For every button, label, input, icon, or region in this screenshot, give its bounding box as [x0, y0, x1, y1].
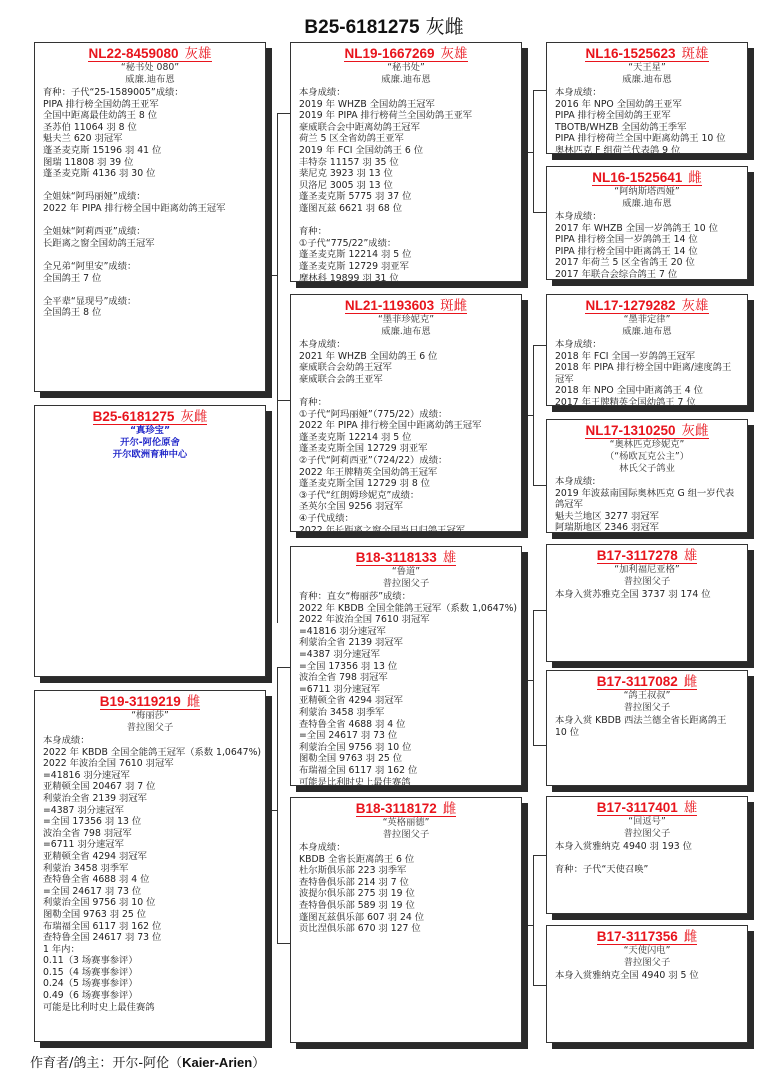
achievement-line: 查特鲁全国 24617 羽 73 位	[43, 932, 257, 944]
achievement-line: 杜尔斯俱乐部 223 羽季军	[299, 865, 513, 877]
achievement-line: 2022 年 KBDB 全国全能鸽王冠军（系数 1,0647%)	[299, 603, 513, 615]
ring-number: NL16-1525623	[585, 46, 675, 61]
sex-label: 雌	[443, 801, 457, 816]
connector	[277, 667, 290, 668]
breeder: 威廉.迪布恩	[555, 74, 739, 86]
achievement-line: 棻尼克 3923 羽 13 位	[299, 168, 513, 180]
achievement-line: 荷兰 5 区全省幼鸽王亚军	[299, 133, 513, 145]
connector	[533, 610, 534, 745]
sex-label: 斑雌	[440, 298, 467, 313]
achievement-line: 图瑞 11808 羽 39 位	[43, 157, 257, 169]
sex-label: 灰雌	[180, 409, 207, 424]
connector	[533, 745, 546, 746]
sds-card: NL17-1279282灰雄“墨菲定律”威廉.迪布恩本身成绩：2018 年 FC…	[546, 294, 748, 406]
dam-dam-card: B18-3118172雌“英格丽德”普拉图父子本身成绩：KBDB 全省长距离鸽王…	[290, 797, 522, 1043]
achievements: 本身成绩：2016 年 NPO 全国幼鸽王亚军PIPA 排行榜全国幼鸽王亚军TB…	[555, 87, 739, 154]
connector	[277, 113, 290, 114]
achievement-line: =全国 24617 羽 73 位	[43, 886, 257, 898]
breeder: 普拉图父子	[299, 578, 513, 590]
connector	[533, 610, 546, 611]
ring-heading: NL16-1525623斑雄	[555, 45, 739, 62]
achievement-line: 0.49（6 场赛事参评）	[43, 990, 257, 1002]
achievement-line: 利蒙治全国 9756 羽 10 位	[43, 897, 257, 909]
ddd-card: B17-3117356雌“天使闪电”普拉图父子本身入赏雅纳克全国 4940 羽 …	[546, 925, 748, 1043]
achievement-line: 圣英尔全国 9256 羽冠军	[299, 501, 513, 513]
achievement-line: 利蒙治全省 2139 羽冠军	[43, 793, 257, 805]
achievement-line: =41816 羽分速冠军	[299, 626, 513, 638]
ring-heading: NL17-1279282灰雄	[555, 297, 739, 314]
pigeon-name: “英格丽德”	[299, 817, 513, 829]
achievement-line: 利蒙治 3458 羽季军	[43, 863, 257, 875]
achievement-line: 2019 年 FCI 全国幼鸽王 6 位	[299, 145, 513, 157]
achievement-line: 阿瑞斯地区 2346 羽冠军	[555, 522, 739, 533]
achievement-line: 本身成绩：	[555, 339, 739, 351]
connector	[533, 855, 534, 985]
achievement-line: 本身成绩：	[555, 211, 739, 223]
achievement-line: 魁夫兰地区 3277 羽冠军	[555, 511, 739, 523]
breeder: 普拉图父子	[555, 957, 739, 969]
achievement-line: 查特鲁全省 4688 羽 4 位	[299, 719, 513, 731]
connector	[521, 680, 533, 681]
connector	[277, 400, 290, 401]
achievement-line: ②子代“阿莉西亚”（724/22）成绩：	[299, 455, 513, 467]
achievements: 本身成绩：2018 年 FCI 全国一岁鸽鸽王冠军2018 年 PIPA 排行榜…	[555, 339, 739, 406]
pigeon-name: “奥林匹克珍妮克”	[555, 439, 739, 451]
pigeon-name: “秘书处”	[299, 62, 513, 74]
ring-number: NL17-1310250	[585, 423, 675, 438]
sdd-card: NL17-1310250灰雌“奥林匹克珍妮克”（“杨欧瓦克公主”）林氏父子鸽业本…	[546, 419, 748, 533]
pigeon-name: “天使闪电”	[555, 945, 739, 957]
breeder: 林氏父子鸽业	[555, 463, 739, 475]
achievement-line: 本身成绩：	[299, 842, 513, 854]
ring-number: B18-3118172	[356, 801, 437, 816]
achievement-line: KBDB 全省长距离鸽王 6 位	[299, 854, 513, 866]
subject-card: B25-6181275灰雌 “真珍宝” 开尔-阿伦原舍 开尔欧洲育种中心	[34, 405, 266, 677]
achievements: 本身成绩：2017 年 WHZB 全国一岁鸽鸽王 10 位PIPA 排行榜全国一…	[555, 211, 739, 280]
achievement-line: PIPA 排行榜全国幼鸽王亚军	[43, 99, 257, 111]
sex-label: 灰雌	[682, 423, 709, 438]
achievement-line: 本身成绩：	[299, 87, 513, 99]
achievement-line: 全平辈“显现号”成绩：	[43, 296, 257, 308]
pigeon-name: “梅丽莎”	[43, 710, 257, 722]
dam-sire-card: B18-3118133雄“鲁道”普拉图父子育种：直女“梅丽莎”成绩：2022 年…	[290, 546, 522, 786]
achievement-line: 查特鲁全省 4688 羽 4 位	[43, 874, 257, 886]
ring-number: B25-6181275	[93, 409, 175, 424]
achievement-line: 2022 年长距离之窗全国当日归鸽王冠军	[299, 525, 513, 533]
sex-label: 雌	[684, 929, 698, 944]
ring-heading: NL17-1310250灰雌	[555, 422, 739, 439]
sex-label: 斑雄	[682, 46, 709, 61]
achievement-line: 全国鸽王 7 位	[43, 273, 257, 285]
dam-card: B19-3119219雌“梅丽莎”普拉图父子本身成绩：2022 年 KBDB 全…	[34, 690, 266, 1042]
achievement-line: 蓬圣麦克斯 12729 羽亚军	[299, 261, 513, 273]
breeder: 威廉.迪布恩	[299, 74, 513, 86]
achievement-line: 摩林科 19899 羽 31 位	[299, 273, 513, 283]
achievement-line: 2022 年王牌精英全国幼鸽王冠军	[299, 467, 513, 479]
achievements: 本身入赏 KBDB 西法兰德全省长距离鸽王10 位	[555, 715, 739, 738]
achievement-line: 利蒙治全国 9756 羽 10 位	[299, 742, 513, 754]
sire-dam-card: NL21-1193603斑雌“墨菲珍妮克”威廉.迪布恩本身成绩：2021 年 W…	[290, 294, 522, 532]
breeder: 普拉图父子	[43, 722, 257, 734]
achievement-line: 2019 年波兹南国际奥林匹克 G 组一岁代表	[555, 488, 739, 500]
achievement-line: 2017 年荷兰 5 区全省鸽王 20 位	[555, 257, 739, 269]
achievement-line: 全姐妹“阿玛丽娅”成绩：	[43, 191, 257, 203]
connector	[277, 667, 278, 943]
sex-label: 灰雄	[185, 46, 212, 61]
achievement-line: 2018 年 PIPA 排行榜全国中距离/速度鸽王	[555, 362, 739, 374]
achievement-line	[299, 215, 513, 227]
dds-card: B17-3117401雄“回返号”普拉图父子本身入赏雅纳克 4940 羽 193…	[546, 796, 748, 914]
achievement-line: PIPA 排行榜全国中距离鸽王 14 位	[555, 246, 739, 258]
achievement-line: 2022 年 PIPA 排行榜全国中距离幼鸽王冠军	[43, 203, 257, 215]
achievement-line: 本身成绩：	[555, 87, 739, 99]
breeder: 普拉图父子	[299, 829, 513, 841]
connector	[533, 485, 546, 486]
achievement-line: 魁夫兰 620 羽冠军	[43, 133, 257, 145]
achievement-line: 贡比涅俱乐部 670 羽 127 位	[299, 923, 513, 935]
breeder: 普拉图父子	[555, 828, 739, 840]
achievement-line: 波治全省 798 羽冠军	[299, 672, 513, 684]
connector	[277, 943, 290, 944]
achievements: 本身成绩：2021 年 WHZB 全国幼鸽王 6 位豪威联合会幼鸽王冠军豪威联合…	[299, 339, 513, 532]
achievement-line: 2022 年波治全国 7610 羽冠军	[43, 758, 257, 770]
achievement-line: 可能是比利时史上最佳赛鸽	[299, 777, 513, 787]
sex-label: 雌	[684, 674, 698, 689]
ring-number: B17-3117356	[597, 929, 678, 944]
achievement-line: TBOTB/WHZB 全国幼鸽王季军	[555, 122, 739, 134]
achievement-line: 利蒙治全省 2139 羽冠军	[299, 637, 513, 649]
pigeon-name: “阿纳斯塔西娅”	[555, 186, 739, 198]
ring-number: B17-3117401	[597, 800, 678, 815]
achievement-line: 豪威联合会中距离幼鸽王冠军	[299, 122, 513, 134]
connector	[266, 275, 277, 276]
achievement-line: 0.11（3 场赛事参评）	[43, 955, 257, 967]
achievement-line: 蓬圣麦克斯 12214 羽 5 位	[299, 432, 513, 444]
achievement-line: 奥林匹克 F 组荷兰代表鸽 9 位	[555, 145, 739, 154]
achievement-line: 图勒全国 9763 羽 25 位	[43, 909, 257, 921]
achievement-line: PIPA 排行榜全国幼鸽王亚军	[555, 110, 739, 122]
pigeon-name: “墨菲珍妮克”	[299, 314, 513, 326]
sex-label: 灰雄	[441, 46, 468, 61]
ring-number: B17-3117082	[597, 674, 678, 689]
footer-owner: 作育者/鸽主：开尔-阿伦（Kaier-Arien）	[30, 1052, 265, 1071]
dss-card: B17-3117278雄“加利福尼亚格”普拉图父子本身入赏苏雅克全国 3737 …	[546, 544, 748, 662]
footer-close: ）	[252, 1056, 265, 1071]
achievement-line: 可能是比利时史上最佳赛鸽	[43, 1002, 257, 1014]
achievement-line: 布瑞福全国 6117 羽 162 位	[43, 921, 257, 933]
achievement-line: 育种：直女“梅丽莎”成绩：	[299, 591, 513, 603]
achievement-line: 蓬圣麦克斯 5775 羽 37 位	[299, 191, 513, 203]
achievement-line: 1 年内：	[43, 944, 257, 956]
achievement-line	[555, 853, 739, 865]
breeder: 普拉图父子	[555, 576, 739, 588]
achievement-line: 2022 年 KBDB 全国全能鸽王冠军（系数 1,0647%)	[43, 747, 257, 759]
sex-label: 雌	[187, 694, 201, 709]
achievement-line: 0.24（5 场赛事参评）	[43, 978, 257, 990]
achievement-line: 2022 年波治全国 7610 羽冠军	[299, 614, 513, 626]
pigeon-name: “秘书处 080”	[43, 62, 257, 74]
ring-heading: NL21-1193603斑雌	[299, 297, 513, 314]
connector	[533, 345, 534, 485]
connector	[533, 985, 546, 986]
pigeon-name: “天王星”	[555, 62, 739, 74]
ring-number: NL22-8459080	[88, 46, 178, 61]
breeder: 威廉.迪布恩	[299, 326, 513, 338]
achievements: 本身成绩：2022 年 KBDB 全国全能鸽王冠军（系数 1,0647%)202…	[43, 735, 257, 1013]
achievement-line: 育种：	[299, 397, 513, 409]
sex-label: 雄	[684, 800, 698, 815]
subject-breeder: 开尔-阿伦原舍	[43, 437, 257, 449]
achievements: 本身入赏雅纳克 4940 羽 193 位育种：子代“天使召唤”	[555, 841, 739, 876]
sss-card: NL16-1525623斑雄“天王星”威廉.迪布恩本身成绩：2016 年 NPO…	[546, 42, 748, 154]
achievement-line: 本身成绩：	[43, 735, 257, 747]
achievement-line: 亚精顿全省 4294 羽冠军	[299, 695, 513, 707]
achievement-line: 本身入赏雅纳克 4940 羽 193 位	[555, 841, 739, 853]
pigeon-name: “鲁道”	[299, 566, 513, 578]
achievement-line: 育种：	[299, 226, 513, 238]
dsd-card: B17-3117082雌“鸽王叔叔”普拉图父子本身入赏 KBDB 西法兰德全省长…	[546, 670, 748, 786]
achievement-line	[43, 284, 257, 296]
ring-number: NL21-1193603	[345, 298, 434, 313]
achievement-line: 2017 年王牌精英全国幼鸽王 7 位	[555, 397, 739, 406]
achievement-line: 蓬圣麦克斯 15196 羽 41 位	[43, 145, 257, 157]
achievement-line: 豪威联合会鸽王亚军	[299, 374, 513, 386]
achievement-line: 2021 年 WHZB 全国幼鸽王 6 位	[299, 351, 513, 363]
achievements: 本身入赏苏雅克全国 3737 羽 174 位	[555, 589, 739, 601]
achievement-line: ①子代“775/22”成绩：	[299, 238, 513, 250]
ring-heading: NL22-8459080灰雄	[43, 45, 257, 62]
achievement-line	[43, 215, 257, 227]
achievement-line: 冠军	[555, 374, 739, 386]
page-title: B25-6181275灰雌	[0, 12, 768, 39]
sire-sire-card: NL19-1667269灰雄“秘书处”威廉.迪布恩本身成绩：2019 年 WHZ…	[290, 42, 522, 282]
achievement-line: 圣苏伯 11064 羽 8 位	[43, 122, 257, 134]
ring-heading: B17-3117082雌	[555, 673, 739, 690]
ring-number: NL19-1667269	[344, 46, 434, 61]
achievement-line: 亚精顿全省 4294 羽冠军	[43, 851, 257, 863]
connector	[521, 925, 533, 926]
breeder: 威廉.迪布恩	[555, 198, 739, 210]
footer-latin: Kaier-Arien	[182, 1055, 252, 1070]
achievement-line: 波治全省 798 羽冠军	[43, 828, 257, 840]
achievement-line: 查特鲁俱乐部 214 羽 7 位	[299, 877, 513, 889]
ring-heading: NL16-1525641雌	[555, 169, 739, 186]
achievement-line: =4387 羽分速冠军	[43, 805, 257, 817]
achievement-line: ④子代成绩：	[299, 513, 513, 525]
achievement-line: 蓬图瓦兹 6621 羽 68 位	[299, 203, 513, 215]
achievement-line: 本身入赏苏雅克全国 3737 羽 174 位	[555, 589, 739, 601]
achievement-line: 长距离之窗全国幼鸽王冠军	[43, 238, 257, 250]
achievement-line: 2019 年 PIPA 排行榜荷兰全国幼鸽王亚军	[299, 110, 513, 122]
achievement-line: 本身成绩:	[555, 476, 739, 488]
connector	[533, 90, 534, 212]
achievements: 本身入赏雅纳克全国 4940 羽 5 位	[555, 970, 739, 982]
ring-heading: B19-3119219雌	[43, 693, 257, 710]
achievement-line: 图勒全国 9763 羽 25 位	[299, 753, 513, 765]
ring-heading: B17-3117278雄	[555, 547, 739, 564]
achievement-line: 蓬圣麦克斯 12214 羽 5 位	[299, 249, 513, 261]
pigeon-name: “加利福尼亚格”	[555, 564, 739, 576]
connector	[266, 810, 277, 811]
connector	[521, 415, 533, 416]
achievement-line: 蓬圣麦克斯全国 12729 羽亚军	[299, 443, 513, 455]
achievement-line: 鸽冠军	[555, 499, 739, 511]
achievement-line: 布瑞福全国 6117 羽 162 位	[299, 765, 513, 777]
achievement-line: =6711 羽分速冠军	[299, 684, 513, 696]
achievements: 育种：直女“梅丽莎”成绩：2022 年 KBDB 全国全能鸽王冠军（系数 1,0…	[299, 591, 513, 786]
achievement-line: 2022 年 PIPA 排行榜全国中距离幼鸽王冠军	[299, 420, 513, 432]
breeder: 威廉.迪布恩	[555, 326, 739, 338]
achievement-line: 全国中距离最佳幼鸽王 8 位	[43, 110, 257, 122]
connector	[533, 855, 546, 856]
pigeon-name: “回返号”	[555, 816, 739, 828]
achievement-line: 丰特奈 11157 羽 35 位	[299, 157, 513, 169]
achievement-line: 查特鲁俱乐部 589 羽 19 位	[299, 900, 513, 912]
ring-number: NL17-1279282	[585, 298, 675, 313]
achievement-line: 10 位	[555, 727, 739, 739]
breeder: 普拉图父子	[555, 702, 739, 714]
ring-heading: NL19-1667269灰雄	[299, 45, 513, 62]
subject-org: 开尔欧洲育种中心	[43, 449, 257, 461]
achievements: 本身成绩:2019 年波兹南国际奥林匹克 G 组一岁代表鸽冠军魁夫兰地区 327…	[555, 476, 739, 533]
ring-heading: B18-3118133雄	[299, 549, 513, 566]
achievement-line	[43, 180, 257, 192]
achievement-line: =全国 17356 羽 13 位	[299, 661, 513, 673]
pigeon-name: “墨菲定律”	[555, 314, 739, 326]
sex-label: 灰雄	[682, 298, 709, 313]
achievements: 本身成绩：2019 年 WHZB 全国幼鸽王冠军2019 年 PIPA 排行榜荷…	[299, 87, 513, 282]
achievement-line: 亚精顿全国 20467 羽 7 位	[43, 781, 257, 793]
achievement-line: 本身入赏 KBDB 西法兰德全省长距离鸽王	[555, 715, 739, 727]
achievement-line: 蓬圣麦克斯全国 12729 羽 8 位	[299, 478, 513, 490]
sex-label: 雄	[684, 548, 698, 563]
connector	[533, 90, 546, 91]
sex-label: 雌	[688, 170, 702, 185]
achievement-line: ③子代“红朗姆珍妮克”成绩：	[299, 490, 513, 502]
connector	[533, 345, 546, 346]
achievement-line: PIPA 排行榜荷兰全国中距离幼鸽王 10 位	[555, 133, 739, 145]
achievement-line: 豪威联合会幼鸽王冠军	[299, 362, 513, 374]
achievement-line: =全国 17356 羽 13 位	[43, 816, 257, 828]
ring-number: B18-3118133	[356, 550, 437, 565]
subject-name: “真珍宝”	[43, 425, 257, 437]
achievement-line: =全国 24617 羽 73 位	[299, 730, 513, 742]
achievement-line: 0.15（4 场赛事参评）	[43, 967, 257, 979]
achievement-line: =4387 羽分速冠军	[299, 649, 513, 661]
title-ring: B25-6181275	[304, 17, 419, 38]
achievements: 育种：子代“25-1589005”成绩：PIPA 排行榜全国幼鸽王亚军全国中距离…	[43, 87, 257, 319]
achievement-line: 蓬圣麦克斯 4136 羽 30 位	[43, 168, 257, 180]
achievement-line: =41816 羽分速冠军	[43, 770, 257, 782]
achievement-line	[43, 249, 257, 261]
pigeon-alt-name: （“杨欧瓦克公主”）	[555, 451, 739, 463]
achievement-line: 2019 年 WHZB 全国幼鸽王冠军	[299, 99, 513, 111]
achievement-line: 2017 年 WHZB 全国一岁鸽鸽王 10 位	[555, 223, 739, 235]
achievement-line: 利蒙治 3458 羽季军	[299, 707, 513, 719]
sex-label: 雄	[443, 550, 457, 565]
achievement-line: 育种：子代“天使召唤”	[555, 864, 739, 876]
connector	[533, 212, 546, 213]
ring-number: B17-3117278	[597, 548, 678, 563]
achievement-line: ①子代“阿玛丽娅”（775/22）成绩：	[299, 409, 513, 421]
achievement-line	[299, 385, 513, 397]
achievement-line: 2018 年 NPO 全国中距离鸽王 4 位	[555, 385, 739, 397]
achievement-line: 2018 年 FCI 全国一岁鸽鸽王冠军	[555, 351, 739, 363]
connector	[521, 152, 533, 153]
subject-ring: B25-6181275灰雌	[43, 408, 257, 425]
ssd-card: NL16-1525641雌“阿纳斯塔西娅”威廉.迪布恩本身成绩：2017 年 W…	[546, 166, 748, 280]
ring-heading: B17-3117401雄	[555, 799, 739, 816]
achievement-line: 全姐妹“阿莉西亚”成绩：	[43, 226, 257, 238]
footer-label: 作育者/鸽主：开尔-阿伦（	[30, 1056, 182, 1071]
pigeon-name: “鸽王叔叔”	[555, 690, 739, 702]
ring-number: B19-3119219	[100, 694, 181, 709]
breeder: 威廉.迪布恩	[43, 74, 257, 86]
achievement-line: 波提尔俱乐部 275 羽 19 位	[299, 888, 513, 900]
achievement-line: 贝洛尼 3005 羽 13 位	[299, 180, 513, 192]
achievement-line: 蓬图瓦兹俱乐部 607 羽 24 位	[299, 912, 513, 924]
achievement-line: PIPA 排行榜全国一岁鸽鸽王 14 位	[555, 234, 739, 246]
ring-number: NL16-1525641	[592, 170, 682, 185]
achievement-line: 2017 年联合会综合鸽王 7 位	[555, 269, 739, 280]
achievement-line: 全兄弟“阿里安”成绩：	[43, 261, 257, 273]
achievements: 本身成绩：KBDB 全省长距离鸽王 6 位杜尔斯俱乐部 223 羽季军查特鲁俱乐…	[299, 842, 513, 935]
achievement-line: 育种：子代“25-1589005”成绩：	[43, 87, 257, 99]
achievement-line: 本身入赏雅纳克全国 4940 羽 5 位	[555, 970, 739, 982]
ring-heading: B18-3118172雌	[299, 800, 513, 817]
title-sex: 灰雌	[426, 17, 464, 38]
connector	[277, 113, 278, 623]
ring-heading: B17-3117356雌	[555, 928, 739, 945]
achievement-line: 全国鸽王 8 位	[43, 307, 257, 319]
achievement-line: 本身成绩：	[299, 339, 513, 351]
achievement-line: 2016 年 NPO 全国幼鸽王亚军	[555, 99, 739, 111]
achievement-line: =6711 羽分速冠军	[43, 839, 257, 851]
sire-card: NL22-8459080灰雄“秘书处 080”威廉.迪布恩育种：子代“25-15…	[34, 42, 266, 392]
